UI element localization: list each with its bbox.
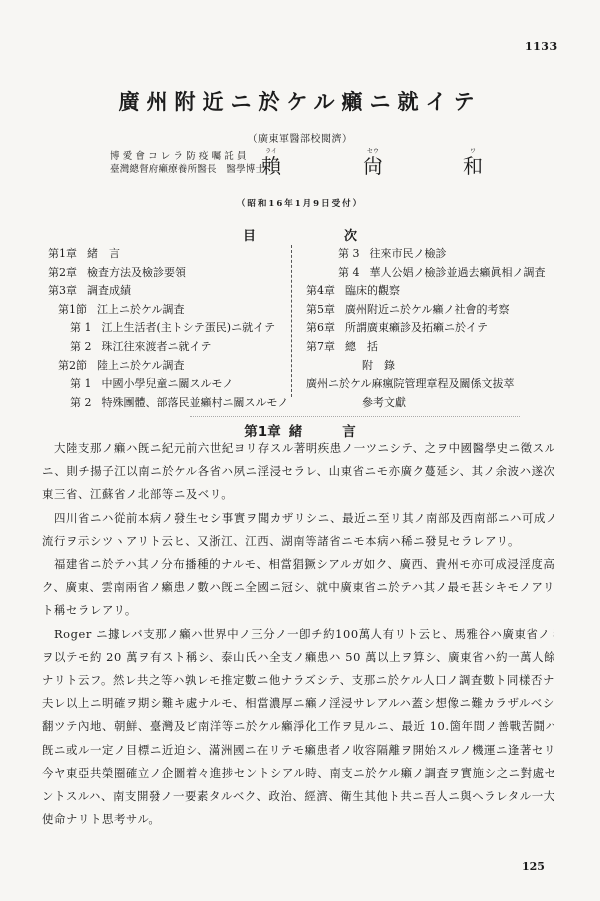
toc-entry-label: 臨床的觀察 xyxy=(335,284,400,297)
toc-entry: 第6章所謂廣東癩診及拓癩ニ於イテ xyxy=(306,319,566,338)
toc-entry-label: 江上ニ於ケル調査 xyxy=(87,303,184,316)
body-line: 使命ナリト思考サル。 xyxy=(42,808,554,831)
toc-entry: 第5章廣州附近ニ於ケル癩ノ社會的考察 xyxy=(306,301,566,320)
received-date: （昭和16年1月9日受付） xyxy=(0,197,600,209)
toc-left-column: 第1章緒 言第2章檢査方法及檢診要領第3章調査成績第1節江上ニ於ケル調査第 1江… xyxy=(48,245,288,412)
page-number-bottom: 125 xyxy=(522,860,545,873)
body-line: 夫レ以上ニ明確ヲ期シ難キ處ナルモ、相當濃厚ニ癩ノ淫浸サレアルハ蓋シ想像ニ難カラザ… xyxy=(42,692,554,715)
toc-entry-number: 第 2 xyxy=(70,394,92,413)
toc-entry: 第2節陸上ニ於ケル調査 xyxy=(48,357,288,376)
page-number-top: 1133 xyxy=(525,40,558,53)
author-name-char-2: セウ 尙 xyxy=(358,150,388,179)
author-ruby-1: ライ xyxy=(256,146,286,155)
author-name-char-1: ライ 賴 xyxy=(256,150,286,179)
author-role-line-1: 博愛會コレラ防疫囑託員 xyxy=(110,150,265,163)
toc-entry-number: 第3章 xyxy=(48,282,77,301)
toc-entry-label: 參考文獻 xyxy=(362,396,406,409)
body-line: 流行ヲ示シツヽアリト云ヒ、又浙江、江西、湖南等諸省ニモ本病ハ稀ニ發見セラレアリ。 xyxy=(42,530,554,553)
toc-entry-number: 第6章 xyxy=(306,319,335,338)
toc-entry: 參考文獻 xyxy=(306,394,566,413)
toc-entry-label: 特殊團體、部落民並癩村ニ關スルモノ xyxy=(92,396,289,409)
author-ruby-3: ワ xyxy=(458,146,488,155)
toc-entry-number: 第1節 xyxy=(58,301,87,320)
toc-entry: 第 2特殊團體、部落民並癩村ニ關スルモノ xyxy=(48,394,288,413)
toc-entry-label: 緒 言 xyxy=(77,247,120,260)
toc-entry-number: 第 3 xyxy=(338,245,360,264)
toc-entry-label: 附 錄 xyxy=(362,359,395,372)
body-line: ニ、則チ揚子江以南ニ於ケル各省ハ夙ニ淫浸セラレ、山東省ニモ亦廣ク蔓延シ、其ノ余波… xyxy=(42,460,554,483)
toc-column-divider xyxy=(291,245,292,397)
toc-entry: 第2章檢査方法及檢診要領 xyxy=(48,264,288,283)
author-name-char-3: ワ 和 xyxy=(458,150,488,179)
toc-entry-label: 珠江往來渡者ニ就イテ xyxy=(92,340,212,353)
body-line: ク、廣東、雲南兩省ノ癩患ノ數ハ旣ニ全國ニ冠シ、就中廣東省ニ於テハ其ノ最モ甚シキモ… xyxy=(42,576,554,599)
body-line: 東三省、江蘇省ノ北部等ニ及ベリ。 xyxy=(42,483,554,506)
toc-entry-label: 華人公娼ノ檢診並過去癩眞相ノ調査 xyxy=(360,266,546,279)
body-line: 福建省ニ於テハ其ノ分布播種的ナルモ、相當猖獗シアルガ如ク、廣西、貴州モ亦可成浸淫… xyxy=(42,553,554,576)
author-ruby-2: セウ xyxy=(358,146,388,155)
toc-entry-number: 第 1 xyxy=(70,319,92,338)
toc-entry-number: 第 4 xyxy=(338,264,360,283)
chapter-1-body: 大陸支那ノ癩ハ旣ニ紀元前六世紀ヨリ存スル著明疾患ノ一ツニシテ、之ヲ中國醫學史ニ徵… xyxy=(42,437,554,831)
toc-entry-number: 第7章 xyxy=(306,338,335,357)
toc-entry-label: 陸上ニ於ケル調査 xyxy=(87,359,184,372)
toc-entry-label: 廣州附近ニ於ケル癩ノ社會的考察 xyxy=(335,303,509,316)
toc-entry: 第 2珠江往來渡者ニ就イテ xyxy=(48,338,288,357)
body-line: 今ヤ東亞共榮圈確立ノ企圖着々進捗セントシアル時、南支ニ於ケル癩ノ調査ヲ實施シ之ニ… xyxy=(42,762,554,785)
toc-entry-label: 總 括 xyxy=(335,340,378,353)
toc-entry: 第1章緒 言 xyxy=(48,245,288,264)
toc-entry: 附 錄 xyxy=(306,357,566,376)
toc-entry-label: 廣州ニ於ケル麻瘋院管理章程及關係文拔萃 xyxy=(306,377,514,390)
body-line: 翻ツテ內地、朝鮮、臺灣及ビ南洋等ニ於ケル癩淨化工作ヲ見ルニ、最近 10.箇年間ノ… xyxy=(42,715,554,738)
toc-entry-label: 往來市民ノ檢診 xyxy=(360,247,447,260)
toc-entry-label: 江上生活者(主トシテ蛋民)ニ就イテ xyxy=(92,321,276,334)
body-line: 四川省ニハ從前本病ノ發生セシ事實ヲ聞カザリシニ、最近ニ至リ其ノ南部及西南部ニハ可… xyxy=(42,507,554,530)
toc-entry-label: 中國小學兒童ニ關スルモノ xyxy=(92,377,234,390)
toc-entry: 第4章臨床的觀察 xyxy=(306,282,566,301)
body-line: ントスルハ、南支開發ノ一要素タルベク、政治、經濟、衛生其他ト共ニ吾人ニ與ヘラレタ… xyxy=(42,785,554,808)
author-role-line-2: 臺灣總督府癩療養所醫長 醫學博士 xyxy=(110,163,265,176)
toc-entry-label: 所謂廣東癩診及拓癩ニ於イテ xyxy=(335,321,488,334)
toc-entry: 第 3往來市民ノ檢診 xyxy=(306,245,566,264)
toc-entry: 第 1中國小學兒童ニ關スルモノ xyxy=(48,375,288,394)
toc-entry-number: 第4章 xyxy=(306,282,335,301)
author-block: 博愛會コレラ防疫囑託員 臺灣總督府癩療養所醫長 醫學博士 ライ 賴 セウ 尙 ワ… xyxy=(110,146,490,180)
body-line: ヲ以テモ約 20 萬ヲ有スト稱シ、泰山氏ハ全支ノ癩患ハ 50 萬以上ヲ算シ、廣東… xyxy=(42,646,554,669)
body-line: 旣ニ或ル一定ノ目標ニ近迫シ、滿洲國ニ在リテモ癩患者ノ收容隔離ヲ開始スルノ機運ニ逢… xyxy=(42,739,554,762)
toc-entry: 第1節江上ニ於ケル調査 xyxy=(48,301,288,320)
toc-entry-number: 第2節 xyxy=(58,357,87,376)
article-title: 廣州附近ニ於ケル癩ニ就イテ xyxy=(0,86,600,116)
toc-heading: 目次 xyxy=(0,225,600,244)
body-line: ト稱セラレアリ。 xyxy=(42,599,554,622)
toc-entry-number: 第5章 xyxy=(306,301,335,320)
affiliation-note: （廣東軍醫部校閲濟） xyxy=(0,130,600,145)
toc-right-column: 第 3往來市民ノ檢診第 4華人公娼ノ檢診並過去癩眞相ノ調査第4章臨床的觀察第5章… xyxy=(306,245,566,412)
author-roles: 博愛會コレラ防疫囑託員 臺灣總督府癩療養所醫長 醫學博士 xyxy=(110,150,265,176)
toc-entry: 第 1江上生活者(主トシテ蛋民)ニ就イテ xyxy=(48,319,288,338)
toc-entry-number: 第 2 xyxy=(70,338,92,357)
toc-entry-number: 第1章 xyxy=(48,245,77,264)
body-line: ナリト云フ。然レ共之等ハ孰レモ推定數ニ他ナラズシテ、支那ニ於ケル人口ノ調査數ト同… xyxy=(42,669,554,692)
toc-entry-number: 第2章 xyxy=(48,264,77,283)
toc-entry-label: 調査成績 xyxy=(77,284,131,297)
toc-entry: 廣州ニ於ケル麻瘋院管理章程及關係文拔萃 xyxy=(306,375,566,394)
toc-entry-number: 第 1 xyxy=(70,375,92,394)
toc-entry: 第3章調査成績 xyxy=(48,282,288,301)
body-line: 大陸支那ノ癩ハ旣ニ紀元前六世紀ヨリ存スル著明疾患ノ一ツニシテ、之ヲ中國醫學史ニ徵… xyxy=(42,437,554,460)
toc-entry: 第 4華人公娼ノ檢診並過去癩眞相ノ調査 xyxy=(306,264,566,283)
body-line: Roger ニ據レバ支那ノ癩ハ世界中ノ三分ノ一卽チ約100萬人有リト云ヒ、馬雅谷… xyxy=(42,623,554,646)
toc-entry-label: 檢査方法及檢診要領 xyxy=(77,266,186,279)
toc-entry: 第7章總 括 xyxy=(306,338,566,357)
section-rule xyxy=(190,416,520,417)
